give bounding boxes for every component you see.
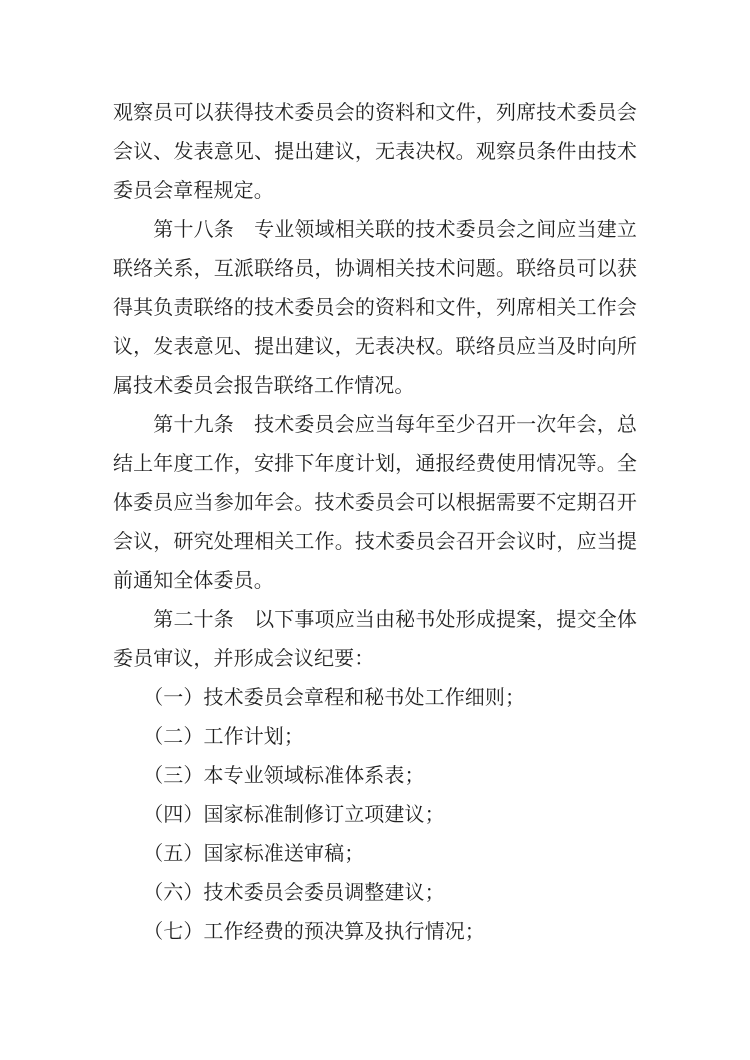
text-line: 观察员可以获得技术委员会的资料和文件，列席技术委员会 bbox=[113, 94, 637, 133]
text-line: （四）国家标准制修订立项建议； bbox=[113, 796, 637, 835]
paragraph: （一）技术委员会章程和秘书处工作细则； （二）工作计划； （三）本专业领域标准体… bbox=[113, 679, 637, 952]
paragraph: 第十八条 专业领域相关联的技术委员会之间应当建立联络关系，互派联络员，协调相关技… bbox=[113, 211, 637, 406]
text-line: 第二十条 以下事项应当由秘书处形成提案，提交全体 bbox=[113, 601, 637, 640]
text-line: （三）本专业领域标准体系表； bbox=[113, 757, 637, 796]
text-line: 联络关系，互派联络员，协调相关技术问题。联络员可以获 bbox=[113, 250, 637, 289]
text-line: 委员会章程规定。 bbox=[113, 172, 637, 211]
document-page: 观察员可以获得技术委员会的资料和文件，列席技术委员会会议、发表意见、提出建议，无… bbox=[0, 0, 750, 1060]
text-line: 得其负责联络的技术委员会的资料和文件，列席相关工作会 bbox=[113, 289, 637, 328]
text-line: 第十八条 专业领域相关联的技术委员会之间应当建立 bbox=[113, 211, 637, 250]
paragraph: 第十九条 技术委员会应当每年至少召开一次年会，总结上年度工作，安排下年度计划，通… bbox=[113, 406, 637, 601]
paragraph: 第二十条 以下事项应当由秘书处形成提案，提交全体委员审议，并形成会议纪要： bbox=[113, 601, 637, 679]
paragraph: 观察员可以获得技术委员会的资料和文件，列席技术委员会会议、发表意见、提出建议，无… bbox=[113, 94, 637, 211]
text-line: 第十九条 技术委员会应当每年至少召开一次年会，总 bbox=[113, 406, 637, 445]
text-line: 议，发表意见、提出建议，无表决权。联络员应当及时向所 bbox=[113, 328, 637, 367]
text-line: （七）工作经费的预决算及执行情况； bbox=[113, 913, 637, 952]
text-line: 委员审议，并形成会议纪要： bbox=[113, 640, 637, 679]
text-line: （六）技术委员会委员调整建议； bbox=[113, 874, 637, 913]
text-line: 体委员应当参加年会。技术委员会可以根据需要不定期召开 bbox=[113, 484, 637, 523]
text-line: （五）国家标准送审稿； bbox=[113, 835, 637, 874]
text-line: 会议，研究处理相关工作。技术委员会召开会议时，应当提 bbox=[113, 523, 637, 562]
text-line: （二）工作计划； bbox=[113, 718, 637, 757]
text-line: （一）技术委员会章程和秘书处工作细则； bbox=[113, 679, 637, 718]
text-line: 结上年度工作，安排下年度计划，通报经费使用情况等。全 bbox=[113, 445, 637, 484]
document-text-block: 观察员可以获得技术委员会的资料和文件，列席技术委员会会议、发表意见、提出建议，无… bbox=[113, 94, 637, 952]
text-line: 属技术委员会报告联络工作情况。 bbox=[113, 367, 637, 406]
text-line: 前通知全体委员。 bbox=[113, 562, 637, 601]
text-line: 会议、发表意见、提出建议，无表决权。观察员条件由技术 bbox=[113, 133, 637, 172]
